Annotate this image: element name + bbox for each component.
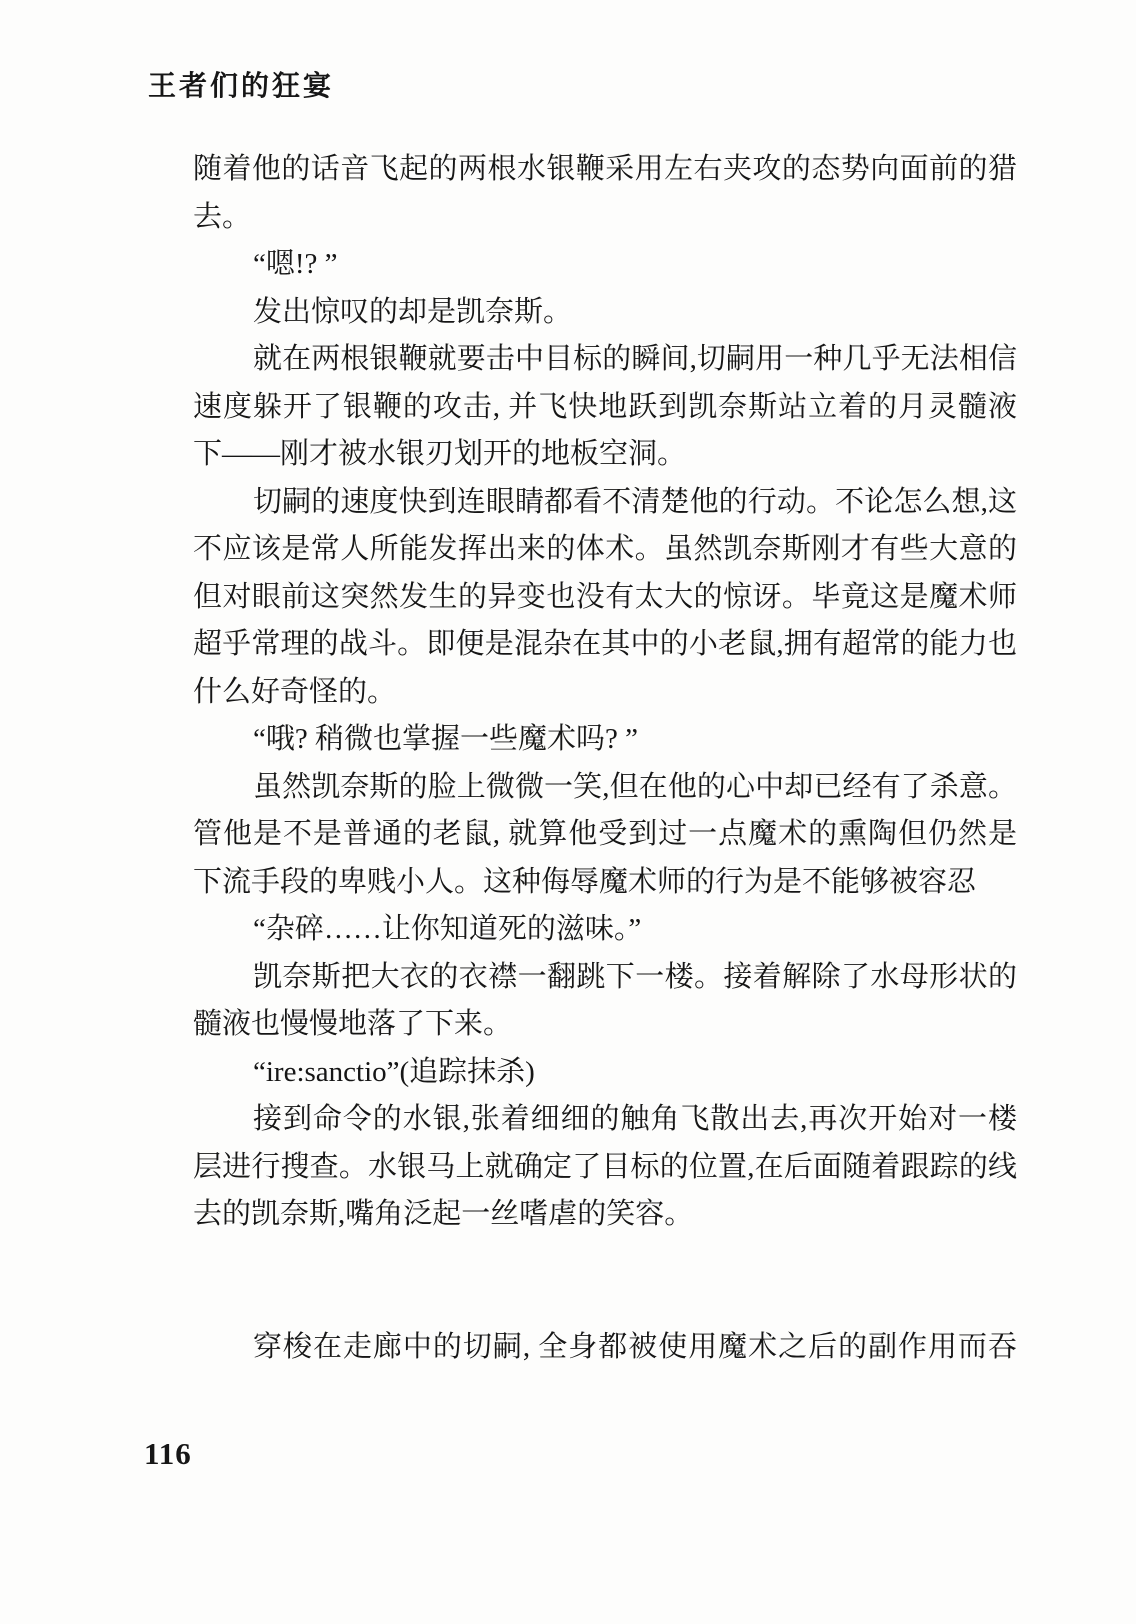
text-line: 去。 — [193, 194, 1017, 242]
text-line: 髓液也慢慢地落了下来。 — [193, 1001, 1017, 1049]
running-head: 王者们的狂宴 — [148, 64, 334, 104]
text-line: “嗯!? ” — [193, 241, 1017, 289]
text-line: 层进行搜查。水银马上就确定了目标的位置,在后面随着跟踪的线路前 — [193, 1144, 1017, 1192]
text-line: 随着他的话音飞起的两根水银鞭采用左右夹攻的态势向面前的猎物飞 — [193, 146, 1017, 194]
text-line: 什么好奇怪的。 — [193, 669, 1017, 717]
body-text: 随着他的话音飞起的两根水银鞭采用左右夹攻的态势向面前的猎物飞去。“嗯!? ”发出… — [193, 146, 1017, 1371]
text-line: 发出惊叹的却是凯奈斯。 — [193, 289, 1017, 337]
text-line: 虽然凯奈斯的脸上微微一笑,但在他的心中却已经有了杀意。不 — [193, 764, 1017, 812]
text-line: 切嗣的速度快到连眼睛都看不清楚他的行动。不论怎么想,这都 — [193, 479, 1017, 527]
text-line: 下——刚才被水银刃划开的地板空洞。 — [193, 431, 1017, 479]
page-number: 116 — [144, 1436, 192, 1472]
section-break — [193, 1239, 1017, 1324]
text-line: 管他是不是普通的老鼠, 就算他受到过一点魔术的熏陶但仍然是采用 — [193, 811, 1017, 859]
text-line: “哦? 稍微也掌握一些魔术吗? ” — [193, 716, 1017, 764]
text-line: 就在两根银鞭就要击中目标的瞬间,切嗣用一种几乎无法相信的 — [193, 336, 1017, 384]
book-page: 王者们的狂宴 随着他的话音飞起的两根水银鞭采用左右夹攻的态势向面前的猎物飞去。“… — [0, 0, 1136, 1624]
text-line: “ire:sanctio”(追踪抹杀) — [193, 1049, 1017, 1097]
text-line: 下流手段的卑贱小人。这种侮辱魔术师的行为是不能够被容忍的。 — [193, 859, 1017, 907]
text-line: 超乎常理的战斗。即便是混杂在其中的小老鼠,拥有超常的能力也没有 — [193, 621, 1017, 669]
text-line: 速度躲开了银鞭的攻击, 并飞快地跃到凯奈斯站立着的月灵髓液之 — [193, 384, 1017, 432]
text-line: “杂碎……让你知道死的滋味。” — [193, 906, 1017, 954]
text-line: 凯奈斯把大衣的衣襟一翻跳下一楼。接着解除了水母形状的月灵 — [193, 954, 1017, 1002]
text-line: 去的凯奈斯,嘴角泛起一丝嗜虐的笑容。 — [193, 1191, 1017, 1239]
text-line: 接到命令的水银,张着细细的触角飞散出去,再次开始对一楼全 — [193, 1096, 1017, 1144]
text-line: 不应该是常人所能发挥出来的体术。虽然凯奈斯刚才有些大意的感觉, — [193, 526, 1017, 574]
text-line: 但对眼前这突然发生的异变也没有太大的惊讶。毕竟这是魔术师之间 — [193, 574, 1017, 622]
text-line: 穿梭在走廊中的切嗣, 全身都被使用魔术之后的副作用而吞噬 — [193, 1324, 1017, 1372]
